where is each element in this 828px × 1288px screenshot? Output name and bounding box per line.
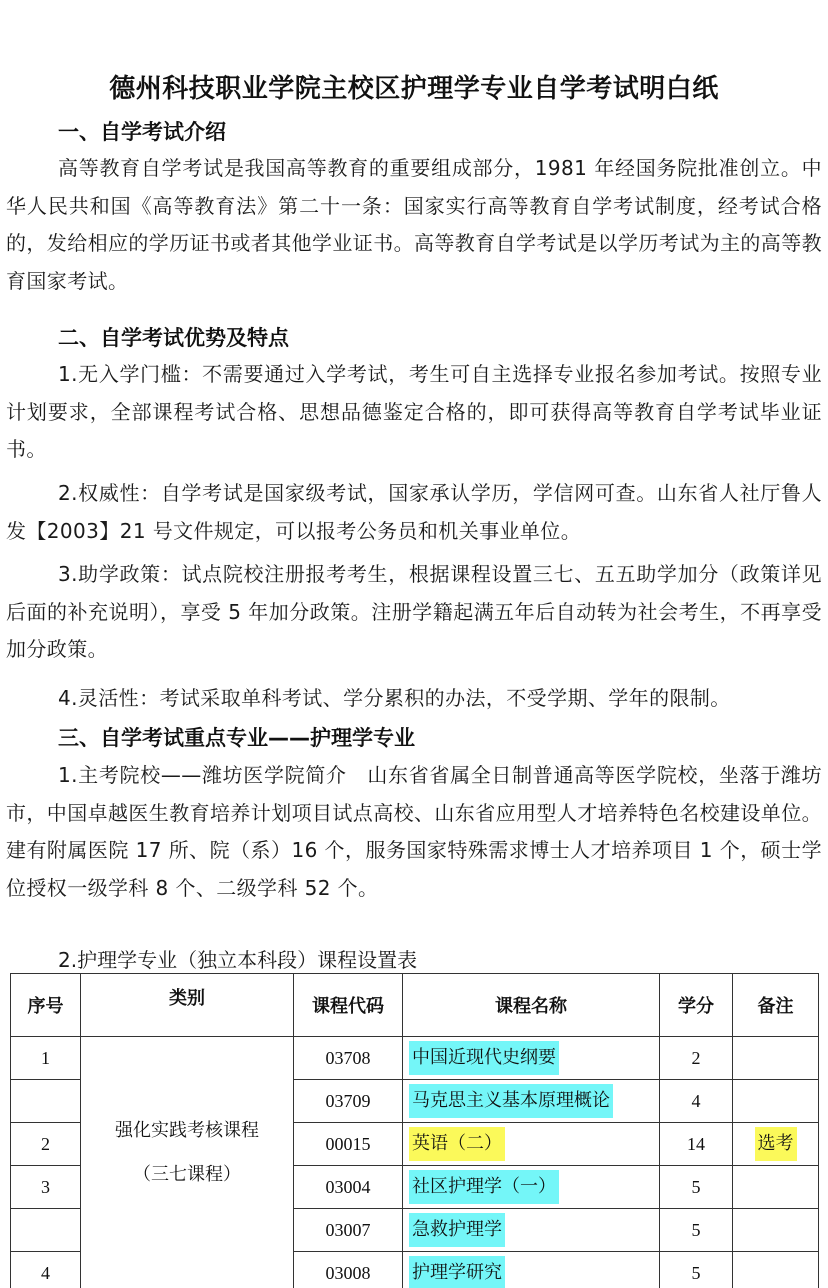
- cell-credit: 14: [660, 1123, 733, 1166]
- cell-note: [733, 1166, 819, 1209]
- cell-no: [11, 1209, 81, 1252]
- cell-note: 选考: [733, 1123, 819, 1166]
- cell-credit: 2: [660, 1037, 733, 1080]
- cell-credit: 5: [660, 1252, 733, 1288]
- cell-note: [733, 1037, 819, 1080]
- course-name-highlight: 急救护理学: [409, 1213, 505, 1247]
- course-name-highlight: 中国近现代史纲要: [409, 1041, 559, 1075]
- category-line-1: 强化实践考核课程: [81, 1109, 293, 1153]
- header-name: 课程名称: [403, 974, 660, 1037]
- cell-code: 03708: [294, 1037, 403, 1080]
- header-credit: 学分: [660, 974, 733, 1037]
- paragraph-advantage-3: 3.助学政策：试点院校注册报考考生，根据课程设置三七、五五助学加分（政策详见后面…: [6, 556, 822, 669]
- cell-name: 中国近现代史纲要: [403, 1037, 660, 1080]
- table-caption: 2.护理学专业（独立本科段）课程设置表: [58, 944, 417, 973]
- course-name-highlight: 护理学研究: [409, 1256, 505, 1288]
- cell-no: 4: [11, 1252, 81, 1288]
- cell-no: [11, 1080, 81, 1123]
- section-heading-major: 三、自学考试重点专业——护理学专业: [58, 722, 415, 752]
- cell-no: 1: [11, 1037, 81, 1080]
- cell-name: 马克思主义基本原理概论: [403, 1080, 660, 1123]
- paragraph-school-intro: 1.主考院校——潍坊医学院简介 山东省省属全日制普通高等医学院校，坐落于潍坊市，…: [6, 757, 822, 907]
- header-code: 课程代码: [294, 974, 403, 1037]
- cell-no: 2: [11, 1123, 81, 1166]
- table-header-row: 序号 类别 课程代码 课程名称 学分 备注: [11, 974, 819, 1037]
- section-heading-intro: 一、自学考试介绍: [58, 116, 226, 146]
- cell-note: [733, 1209, 819, 1252]
- cell-code: 00015: [294, 1123, 403, 1166]
- category-line-2: （三七课程）: [81, 1153, 293, 1197]
- paragraph-advantage-2: 2.权威性：自学考试是国家级考试，国家承认学历，学信网可查。山东省人社厅鲁人发【…: [6, 475, 822, 550]
- paragraph-advantage-1: 1.无入学门槛：不需要通过入学考试，考生可自主选择专业报名参加考试。按照专业计划…: [6, 356, 822, 469]
- header-category: 类别: [81, 974, 294, 1037]
- cell-code: 03709: [294, 1080, 403, 1123]
- course-table: 序号 类别 课程代码 课程名称 学分 备注 1 强化实践考核课程 （三七课程） …: [10, 973, 819, 1288]
- course-name-highlight: 社区护理学（一）: [409, 1170, 559, 1204]
- cell-name: 社区护理学（一）: [403, 1166, 660, 1209]
- header-no: 序号: [11, 974, 81, 1037]
- course-name-highlight: 马克思主义基本原理概论: [409, 1084, 613, 1118]
- cell-credit: 4: [660, 1080, 733, 1123]
- cell-code: 03007: [294, 1209, 403, 1252]
- cell-credit: 5: [660, 1166, 733, 1209]
- cell-code: 03004: [294, 1166, 403, 1209]
- cell-name: 护理学研究: [403, 1252, 660, 1288]
- cell-name: 急救护理学: [403, 1209, 660, 1252]
- section-heading-advantages: 二、自学考试优势及特点: [58, 322, 289, 352]
- cell-category: 强化实践考核课程 （三七课程）: [81, 1037, 294, 1288]
- cell-name: 英语（二）: [403, 1123, 660, 1166]
- course-name-highlight: 英语（二）: [409, 1127, 505, 1161]
- table-row: 1 强化实践考核课程 （三七课程） 03708 中国近现代史纲要 2: [11, 1037, 819, 1080]
- document-title: 德州科技职业学院主校区护理学专业自学考试明白纸: [0, 68, 828, 105]
- paragraph-intro: 高等教育自学考试是我国高等教育的重要组成部分，1981 年经国务院批准创立。中华…: [6, 150, 822, 300]
- cell-no: 3: [11, 1166, 81, 1209]
- cell-note: [733, 1252, 819, 1288]
- cell-code: 03008: [294, 1252, 403, 1288]
- note-highlight: 选考: [755, 1127, 797, 1161]
- paragraph-advantage-4: 4.灵活性：考试采取单科考试、学分累积的办法，不受学期、学年的限制。: [6, 680, 822, 718]
- header-note: 备注: [733, 974, 819, 1037]
- cell-note: [733, 1080, 819, 1123]
- cell-credit: 5: [660, 1209, 733, 1252]
